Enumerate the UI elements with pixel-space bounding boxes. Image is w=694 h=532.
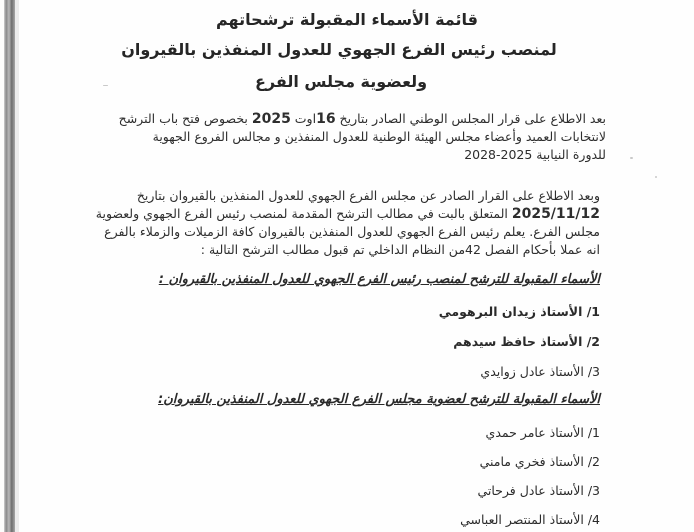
scan-speck xyxy=(655,176,657,178)
document-subtitle-2: ولعضوية مجلس الفرع xyxy=(0,72,688,91)
scan-speck xyxy=(630,157,633,159)
document-title: قائمة الأسماء المقبولة ترشحاتهم xyxy=(0,10,694,29)
council-candidate-4: 4/ الأستاذ المنتصر العباسي xyxy=(460,512,600,527)
decision-paragraph: وبعد الاطلاع على القرار الصادر عن مجلس ا… xyxy=(96,187,600,259)
decision-line-4: انه عملا بأحكام الفصل 42من النظام الداخل… xyxy=(96,241,600,259)
intro-paragraph: بعد الاطلاع على قرار المجلس الوطني الصاد… xyxy=(119,110,606,164)
decision-line-1: وبعد الاطلاع على القرار الصادر عن مجلس ا… xyxy=(96,187,600,205)
president-candidate-1: 1/ الأستاذ زيدان البرهومي xyxy=(439,304,600,319)
intro-line-2: لانتخابات العميد وأعضاء مجلس الهيئة الوط… xyxy=(119,128,606,146)
decision-line-3: مجلس الفرع. يعلم رئيس الفرع الجهوي للعدو… xyxy=(96,223,600,241)
date-year: 2025 xyxy=(252,111,291,127)
decision-date: 2025/11/12 xyxy=(512,206,600,222)
document-subtitle: لمنصب رئيس الفرع الجهوي للعدول المنفذين … xyxy=(0,40,686,59)
council-candidate-2: 2/ الأستاذ فخري مامني xyxy=(480,454,600,469)
date-day: 16 xyxy=(316,111,335,127)
council-section-title: الأسماء المقبولة للترشح لعضوية مجلس الفر… xyxy=(158,392,600,407)
decision-line-2: 2025/11/12 المتعلق بالبت في مطالب الترشح… xyxy=(96,205,600,223)
council-candidate-1: 1/ الأستاذ عامر حمدي xyxy=(486,425,600,440)
council-candidate-3: 3/ الأستاذ عادل فرحاتي xyxy=(477,483,600,498)
president-candidate-2: 2/ الأستاذ حافظ سيدهم xyxy=(453,334,600,349)
president-section-title: الأسماء المقبولة للترشح لمنصب رئيس الفرع… xyxy=(159,272,600,287)
president-candidate-3: 3/ الأستاذ عادل زوايدي xyxy=(480,364,600,379)
intro-line-1: بعد الاطلاع على قرار المجلس الوطني الصاد… xyxy=(119,110,606,128)
intro-line-3: للدورة النيابية 2025-2028 xyxy=(119,146,606,164)
scan-speck xyxy=(103,85,108,86)
